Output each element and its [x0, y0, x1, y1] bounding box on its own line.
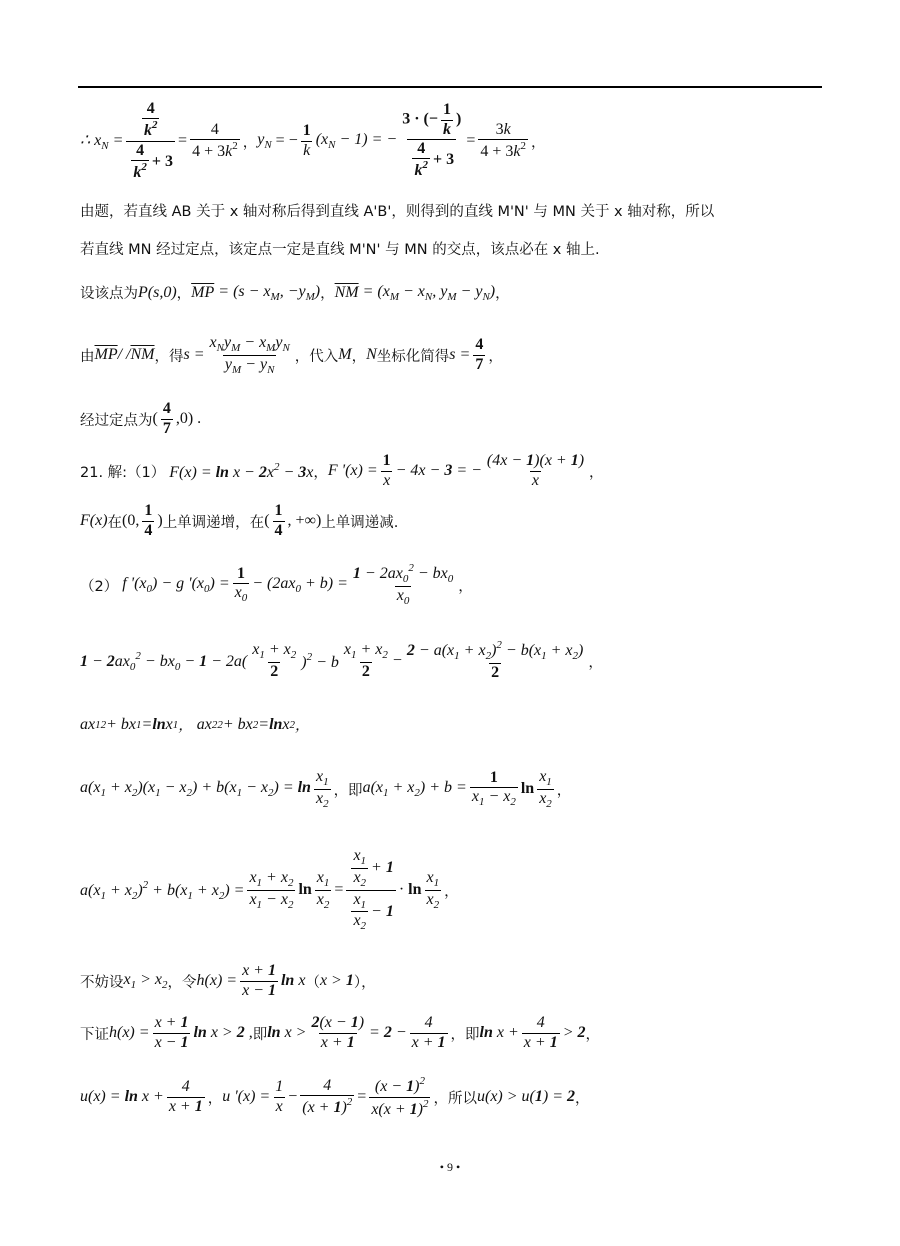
- equation-define-h: 不妨设 x1 > x2，令 h(x) = x + 1x − 1 ln x（x >…: [80, 958, 376, 1004]
- formula-text: ∴ xN =: [80, 130, 123, 152]
- paragraph-symmetry: 由题，若直线 AB 关于 x 轴对称后得到直线 A'B'，则得到的直线 M'N'…: [80, 200, 714, 221]
- equation-midpoint: 1 − 2ax02 − bx0 − 1 − 2a( x1 + x22 )2 − …: [80, 636, 603, 686]
- fraction: 3 · (−1k) 4k2+ 3: [400, 101, 463, 181]
- fraction: 4k2 4k2+ 3: [126, 100, 175, 183]
- equation-prove-h: 下证 h(x) = x + 1x − 1 ln x > 2 , 即 ln x >…: [80, 1008, 600, 1058]
- equation-21-2-derivative: （2） f '(x0) − g '(x0) = 1x0 − (2ax0 + b)…: [80, 560, 473, 610]
- equation-roots: ax12 + bx1 = ln x1， ax22 + bx2 = ln x2，: [80, 714, 310, 735]
- equation-vectors: 设该点为 P(s,0)， MP = (s − xM, −yM)， NM = (x…: [80, 282, 510, 303]
- equation-fixed-point-result: 经过定点为 (47,0) .: [80, 396, 201, 442]
- equation-xN-yN: ∴ xN = 4k2 4k2+ 3 = 44 + 3k2 ， yN = − 1k…: [80, 96, 546, 186]
- fraction: 44 + 3k2: [190, 121, 240, 162]
- equation-ratio: a(x1 + x2)2 + b(x1 + x2) = x1 + x2x1 − x…: [80, 840, 459, 940]
- page-number: • 9 •: [0, 1160, 900, 1175]
- paragraph-fixed-point: 若直线 MN 经过定点，该定点一定是直线 M'N' 与 MN 的交点，该点必在 …: [80, 238, 600, 259]
- equation-u: u(x) = ln x + 4x + 1 ，u '(x) = 1x− 4(x +…: [80, 1070, 590, 1124]
- equation-difference: a(x1 + x2)(x1 − x2) + b(x1 − x2) = ln x1…: [80, 764, 571, 814]
- header-rule: [78, 86, 822, 88]
- equation-21-1: 21. 解:（1） F(x) = ln x − 2x2 − 3x， F '(x)…: [80, 446, 604, 496]
- equation-s: 由 MP / / NM ，得 s = xNyM − xMyNyM − yN ，代…: [80, 330, 503, 380]
- monotonicity-statement: F(x) 在 (0,14) 上单调递增，在 (14, +∞) 上单调递减.: [80, 498, 398, 544]
